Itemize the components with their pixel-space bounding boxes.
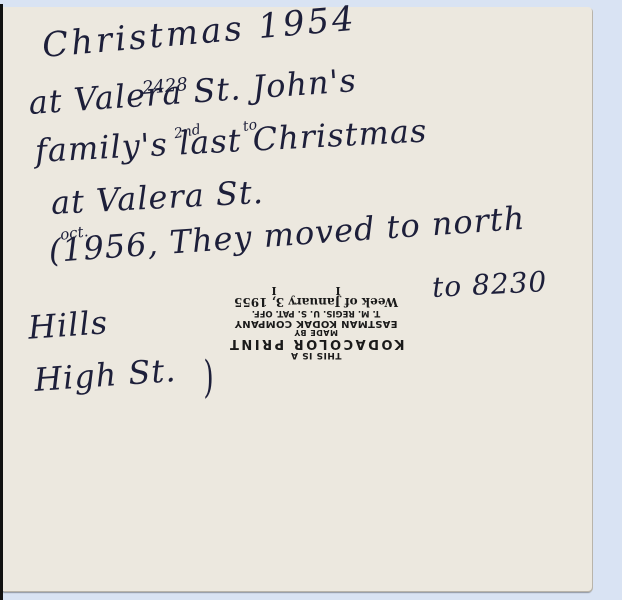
stamp-mark: I bbox=[271, 284, 276, 296]
stamp-line-6: Week of January 3, 1955 bbox=[202, 296, 430, 309]
kodacolor-print-stamp: THIS IS A KODACOLOR PRINT MADE BY EASTMA… bbox=[202, 284, 430, 359]
stamp-mark: I bbox=[335, 284, 340, 296]
handwriting-line-7: Hills bbox=[27, 303, 109, 346]
handwriting-closing-bracket: ) bbox=[203, 352, 213, 403]
stamp-line-3: MADE BY bbox=[202, 328, 430, 336]
stamp-marks: I I bbox=[202, 284, 430, 296]
stamp-line-2: KODACOLOR PRINT bbox=[202, 336, 430, 350]
stamp-line-4: EASTMAN KODAK COMPANY bbox=[202, 317, 430, 328]
handwriting-line-6: to 8230 bbox=[431, 265, 548, 304]
stamp-line-5: T. M. REGIS. U. S. PAT. OFF. bbox=[202, 308, 430, 317]
stamp-line-1: THIS IS A bbox=[202, 350, 430, 359]
